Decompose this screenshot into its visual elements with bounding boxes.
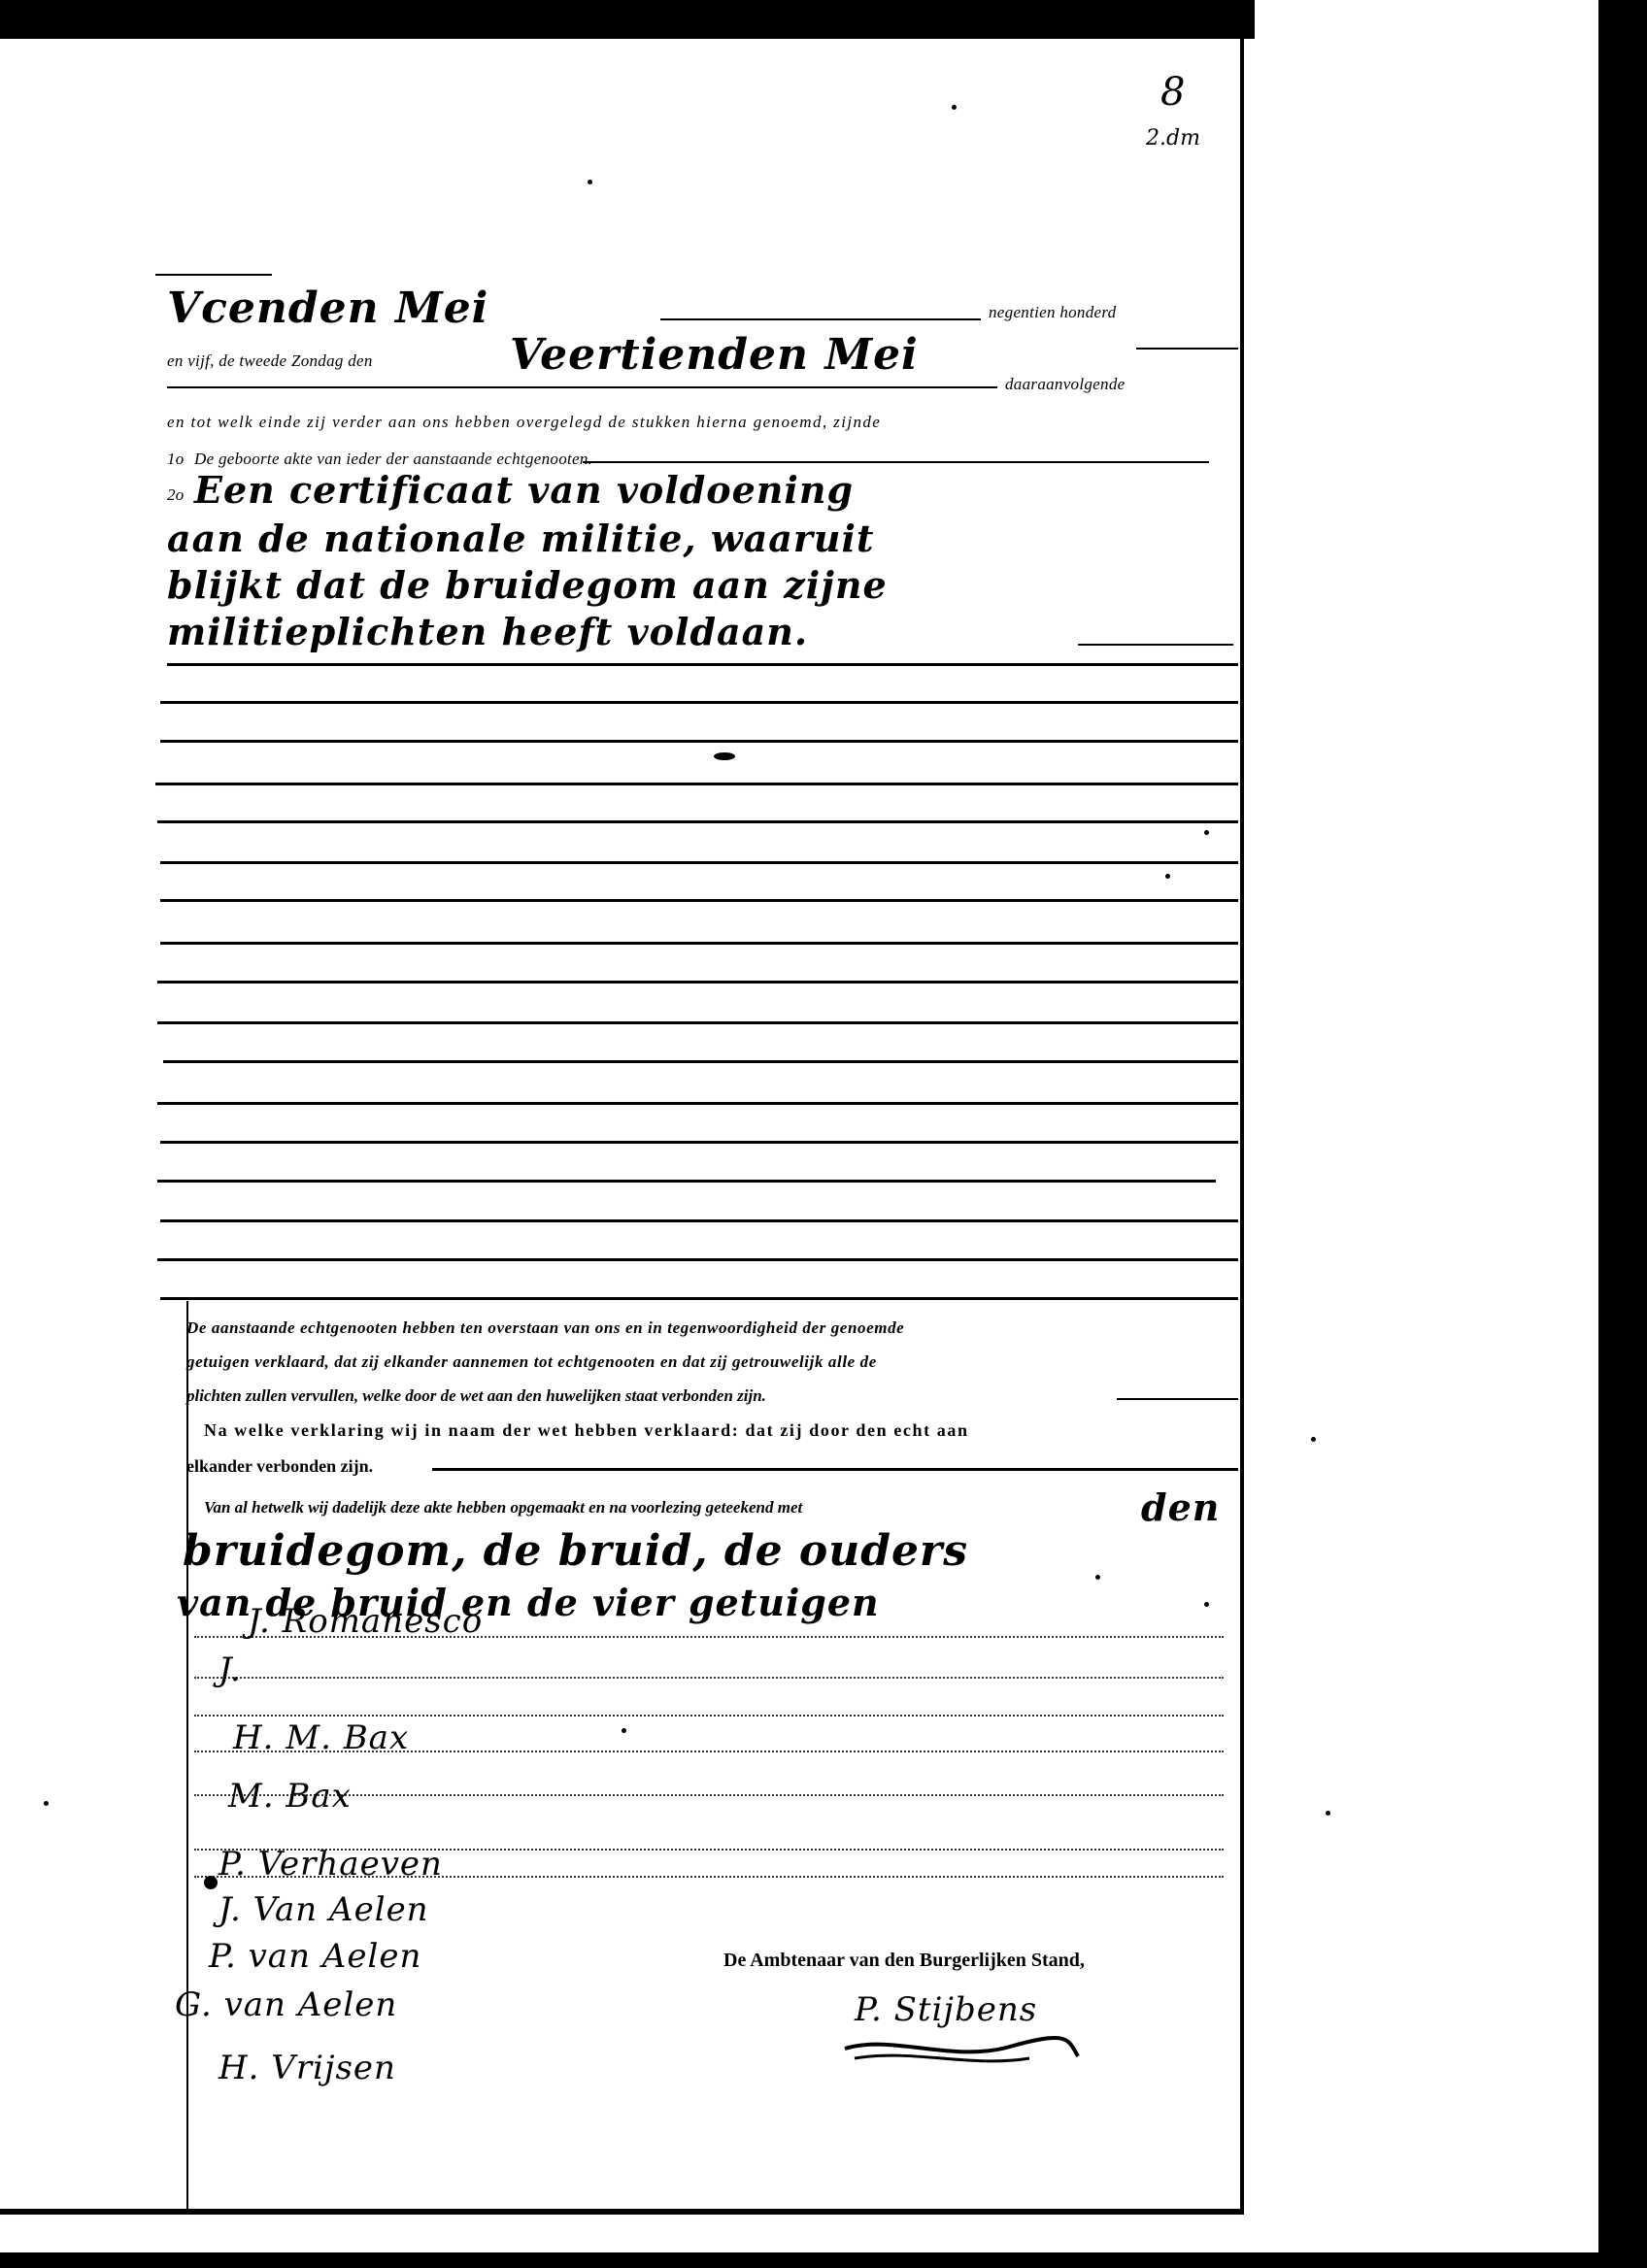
signature-romanesco: J. Romanesco [248,1602,483,1641]
declaration-fill [1117,1398,1238,1400]
speck [714,752,735,760]
ruled-line [157,981,1238,984]
ruled-line [160,861,1238,864]
page-number: 8 [1160,70,1185,115]
declaration-line-3: plichten zullen vervullen, welke door de… [186,1386,766,1406]
pronouncement-line-2: elkander verbonden zijn. [186,1456,373,1477]
ruled-line [155,783,1238,785]
speck [44,1801,49,1806]
closing-hand-line-2: bruidegom, de bruid, de ouders [183,1526,968,1576]
header-line2-fill [1136,348,1238,350]
speck [1204,830,1209,835]
ruled-line [157,1180,1216,1183]
handwritten-date-2: Veertienden Mei [510,330,919,380]
signature-initial: J. [218,1651,242,1689]
speck [204,1876,218,1889]
item-2-number: 2o [167,485,185,505]
speck [1204,1602,1209,1607]
dotted-line [194,1715,1224,1717]
item-2-line-1: Een certificaat van voldoening [194,468,854,512]
declaration-line-1: De aanstaande echtgenooten hebben ten ov… [186,1318,904,1338]
ruled-line [157,820,1238,823]
ruled-line [157,1021,1238,1024]
page-border-right [1240,39,1244,2214]
speck [952,105,957,110]
header-line2-printed: en vijf, de tweede Zondag den [167,351,373,371]
ruled-line [160,1297,1238,1300]
handwritten-date-1: Vcenden Mei [167,283,488,333]
signature-m-bax: M. Bax [228,1777,352,1816]
header-short-rule [155,274,272,276]
ruled-line [160,740,1238,743]
ruled-line [160,1141,1238,1144]
speck [1165,874,1170,879]
speck [1326,1811,1330,1816]
ruled-line [160,899,1238,902]
item-2-fill [1078,644,1233,646]
ruled-line [157,1102,1238,1105]
ruled-line [157,1258,1238,1261]
speck [588,180,592,184]
ruled-line [163,1060,1238,1063]
closing-printed: Van al hetwelk wij dadelijk deze akte he… [204,1498,802,1518]
signature-verhaeven: P. Verhaeven [218,1845,443,1884]
speck [1311,1437,1316,1442]
page-border-left [186,1301,188,2212]
signature-g-van-aelen: G. van Aelen [175,1985,397,2024]
item-1-text: De geboorte akte van ieder der aanstaand… [194,450,592,469]
pronouncement-fill [432,1468,1238,1471]
item-2-line-2: aan de nationale militie, waaruit [167,517,875,560]
closing-hand-line-1: den [1141,1485,1220,1529]
header-line1-printed: negentien honderd [989,303,1116,322]
signature-flourish-icon [835,2029,1088,2068]
ruled-line [160,1219,1238,1222]
header-line3-fill [167,386,997,388]
item-2-line-3: blijkt dat de bruidegom aan zijne [167,563,888,607]
signature-p-van-aelen: P. van Aelen [209,1937,421,1976]
official-title: De Ambtenaar van den Burgerlijken Stand, [723,1950,1085,1972]
signature-vrijsen: H. Vrijsen [218,2049,396,2087]
ruled-line [160,942,1238,945]
speck [1095,1575,1100,1580]
pronouncement-line-1: Na welke verklaring wij in naam der wet … [204,1420,969,1441]
speck [622,1728,626,1733]
printed-statement: en tot welk einde zij verder aan ons heb… [167,413,881,432]
scan-edge-right [1598,0,1647,2268]
signature-hm-bax: H. M. Bax [233,1718,409,1757]
header-line3-printed: daaraanvolgende [1005,375,1125,394]
item-2-line-4: militieplichten heeft voldaan. [167,610,808,653]
item-1-fill [583,461,1209,463]
header-line1-fill [660,318,981,320]
scan-edge-top [0,0,1255,39]
dotted-line [194,1677,1224,1679]
signature-j-van-aelen: J. Van Aelen [218,1890,429,1929]
item-1-number: 1o [167,450,185,469]
official-signature: P. Stijbens [855,1990,1037,2029]
scan-edge-bottom [0,2252,1647,2268]
ruled-line [167,663,1238,666]
page-note: 2.dm [1146,126,1200,150]
ruled-line [160,701,1238,704]
declaration-line-2: getuigen verklaard, dat zij elkander aan… [186,1352,877,1372]
